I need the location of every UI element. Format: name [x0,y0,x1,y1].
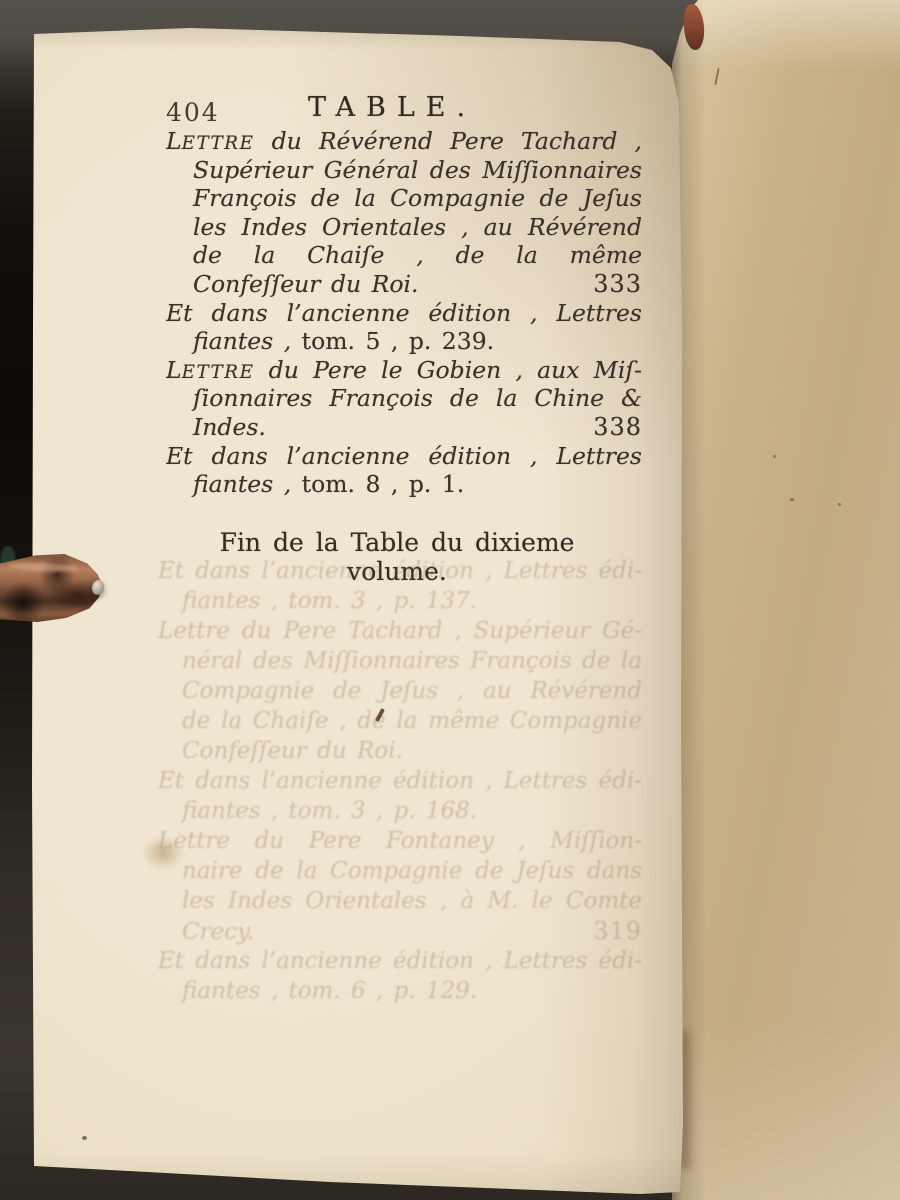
foxing-stain [142,836,184,870]
ghost-line: les Indes Orientales , à M. le Comte de [158,886,642,916]
ghost-line: Et dans l’ancienne édition , Lettres édi… [158,766,642,796]
ghost-line: Et dans l’ancienne édition , Lettres édi… [158,556,642,586]
toc-line: Et dans l’ancienne édition , Lettres édi… [166,299,642,328]
book-photo: 404 TABLE. LETTRE du Révérend Pere Tacha… [0,0,900,1200]
show-through-text: Et dans l’ancienne édition , Lettres édi… [158,556,642,1006]
ghost-line: Lettre du Pere Tachard , Supérieur Gé- [158,616,642,646]
toc-line: fiantes , tom. 8 , p. 1. [166,470,642,499]
ink-speck [82,1136,87,1140]
ink-speck [773,455,776,458]
ghost-line: de la Chaiſe , de la même Compagnie , [158,706,642,736]
ghost-line: Confeſſeur du Roi. [158,736,642,766]
paper-fiber [714,68,719,85]
ghost-line: Crecy.319 [158,916,642,946]
page-header: 404 TABLE. [166,90,640,130]
ghost-line: fiantes , tom. 6 , p. 129. [158,976,642,1006]
ghost-line: fiantes , tom. 3 , p. 168. [158,796,642,826]
toc-line: les Indes Orientales , au Révérend Pere [166,213,642,242]
toc-line: fiantes , tom. 5 , p. 239. [166,327,642,356]
ghost-line: fiantes , tom. 3 , p. 137. [158,586,642,616]
toc-line: Confeſſeur du Roi.333 [166,270,642,299]
facing-page-edge [672,0,900,1200]
toc-line: Indes.338 [166,413,642,442]
ghost-line: Compagnie de Jeſus , au Révérend Pere [158,676,642,706]
toc-line: LETTRE du Révérend Pere Tachard , [166,127,642,156]
clasp-highlight [8,561,78,573]
book-page: 404 TABLE. LETTRE du Révérend Pere Tacha… [30,24,686,1200]
toc-line: de la Chaiſe , de la même Compagnie , [166,241,642,270]
ghost-line: néral des Miſſionnaires François de la [158,646,642,676]
table-of-contents: LETTRE du Révérend Pere Tachard ,Supérie… [166,127,642,499]
page-title: TABLE. [166,92,618,123]
toc-line: LETTRE du Pere le Gobien , aux Miſ- [166,356,642,385]
ink-speck [790,498,794,501]
ghost-line: Et dans l’ancienne édition , Lettres édi… [158,946,642,976]
toc-line: Supérieur Général des Miſſionnaires [166,156,642,185]
toc-line: ſionnaires François de la Chine & des [166,384,642,413]
toc-line: Et dans l’ancienne édition , Lettres édi… [166,442,642,471]
ink-speck [838,503,841,506]
ghost-line: naire de la Compagnie de Jeſus dans [158,856,642,886]
toc-line: François de la Compagnie de Jeſus dans [166,184,642,213]
ghost-line: Lettre du Pere Fontaney , Miſſion- [158,826,642,856]
